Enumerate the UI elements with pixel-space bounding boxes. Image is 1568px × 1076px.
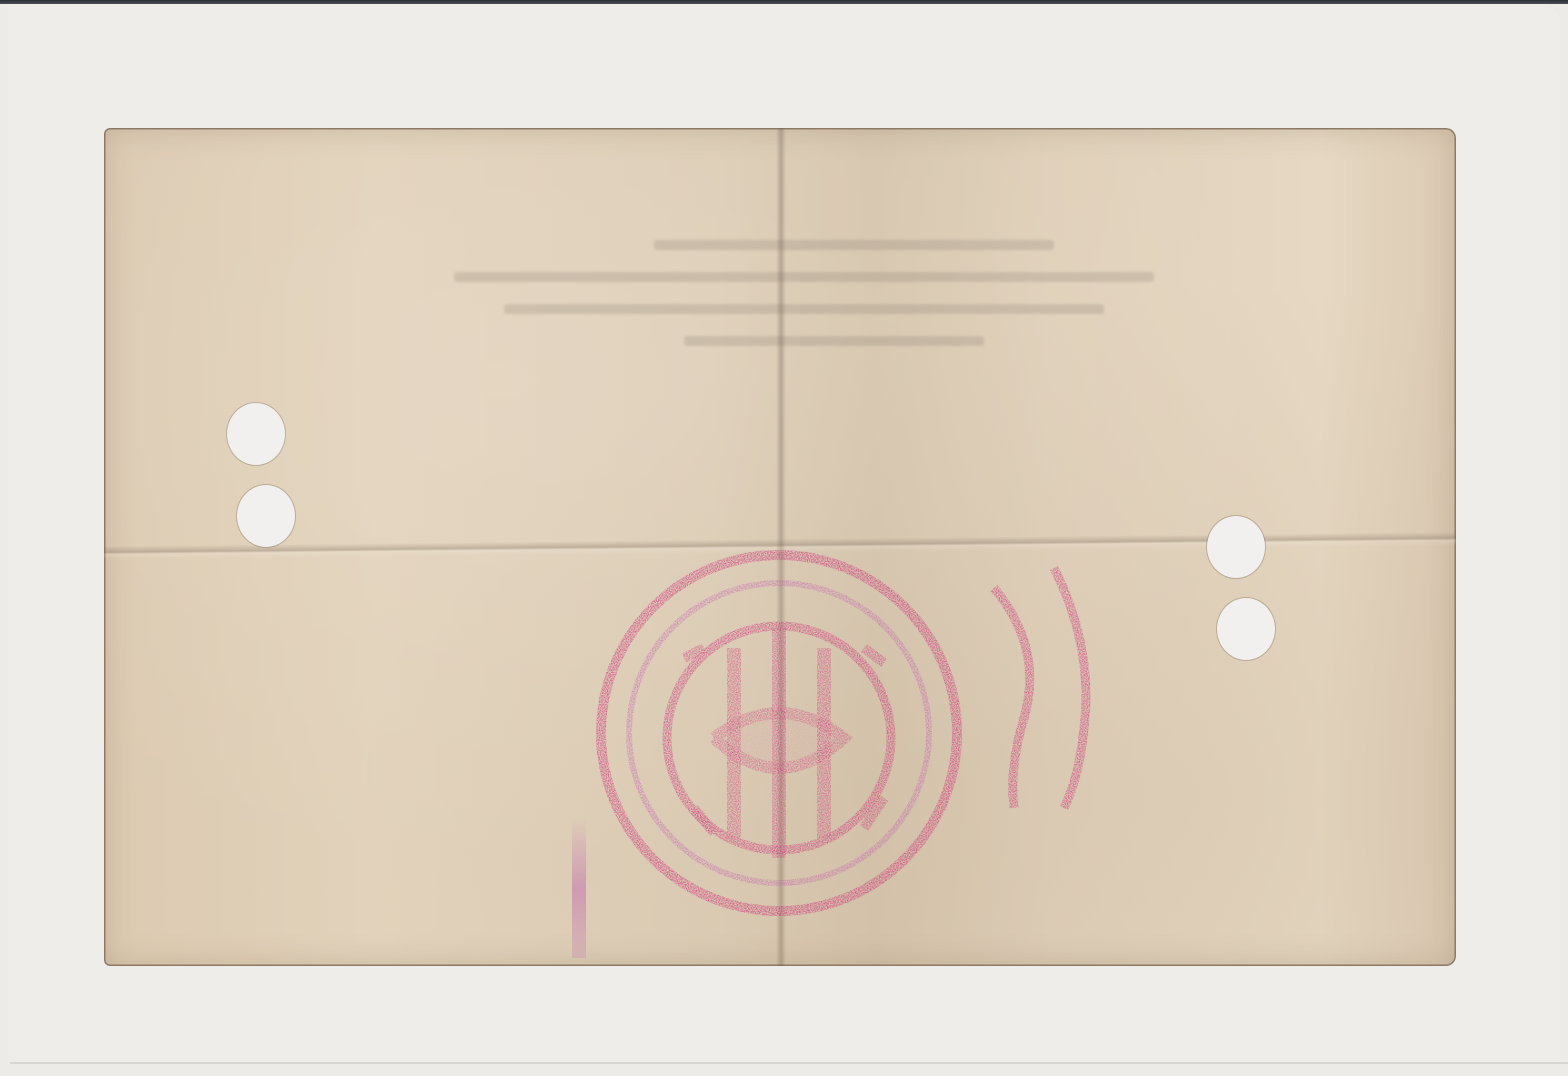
showthrough-text <box>304 218 1304 478</box>
official-seal-stamp <box>584 538 984 938</box>
punch-hole <box>237 485 295 547</box>
scanner-bottom-edge <box>10 1062 1568 1064</box>
punch-hole <box>227 403 285 465</box>
banknote: Aged beige paper note on a white scanner… <box>104 128 1456 966</box>
punch-hole <box>1217 598 1275 660</box>
partial-stamp-arc <box>984 558 1104 818</box>
punch-hole <box>1207 516 1265 578</box>
